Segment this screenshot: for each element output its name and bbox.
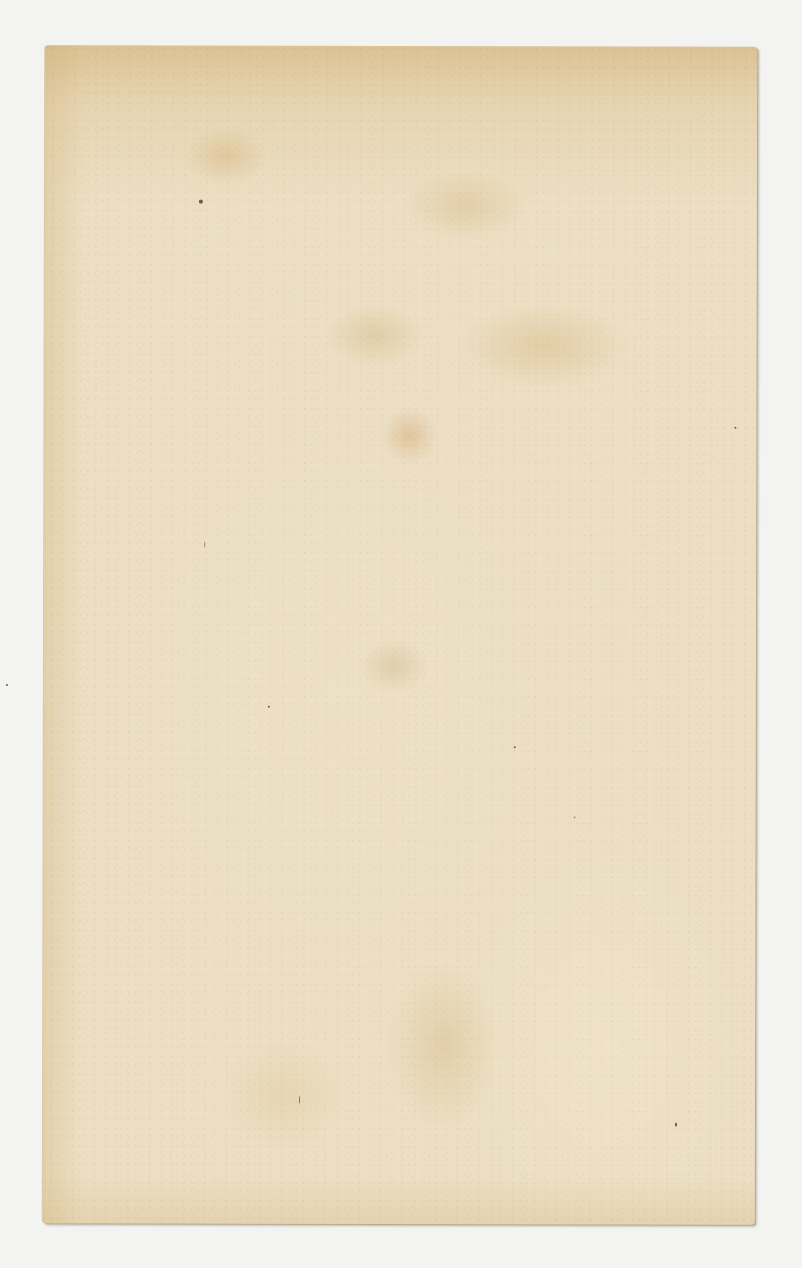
aged-card-back [43,45,757,1224]
speck [675,1123,677,1127]
scan-background [0,0,802,1268]
speck [6,684,8,686]
card-text [45,45,46,46]
speck [574,816,576,818]
speck [514,746,516,748]
speck [204,542,205,548]
speck [199,200,203,204]
speck [268,706,270,708]
speck [734,427,736,429]
speck [299,1096,300,1104]
